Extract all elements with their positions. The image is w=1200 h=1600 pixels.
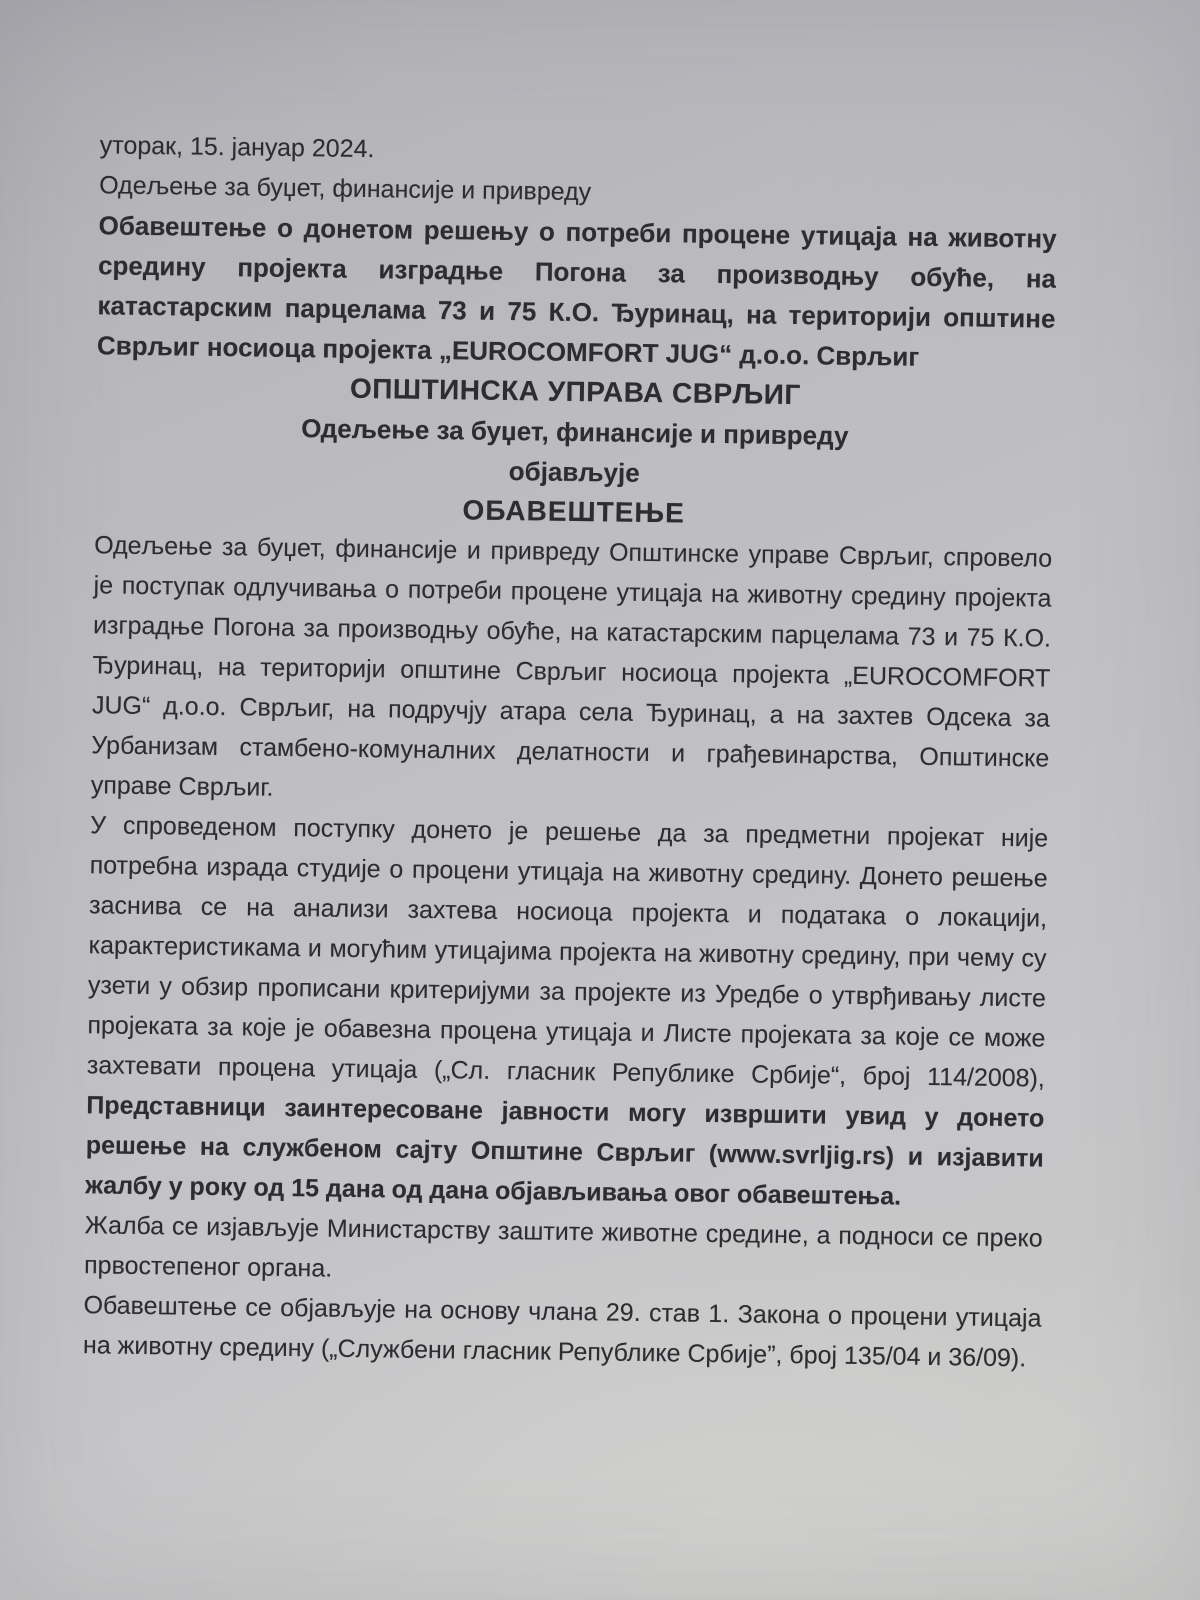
- paragraph-2-regular-run: У спроведеном поступку донето је решење …: [87, 811, 1049, 1092]
- body-paragraph-2: У спроведеном поступку донето је решење …: [85, 805, 1048, 1218]
- legal-basis-paragraph: Обавештење се објављује на основу члана …: [83, 1285, 1042, 1378]
- authority-block: ОПШТИНСКА УПРАВА СВРЉИГ Одељење за буџет…: [95, 365, 1055, 498]
- paragraph-2-bold-run: Представници заинтересоване јавности мог…: [85, 1091, 1044, 1210]
- subject-heading: Обавештење о донетом решењу о потреби пр…: [97, 205, 1057, 378]
- document-sheet: уторак, 15. јануар 2024. Одељење за буџе…: [83, 125, 1058, 1378]
- body-paragraph-1: Одељење за буџет, финансије и привреду О…: [91, 525, 1053, 818]
- appeal-paragraph: Жалба се изјављује Министарству заштите …: [84, 1205, 1043, 1298]
- photographed-document: уторак, 15. јануар 2024. Одељење за буџе…: [0, 0, 1200, 1600]
